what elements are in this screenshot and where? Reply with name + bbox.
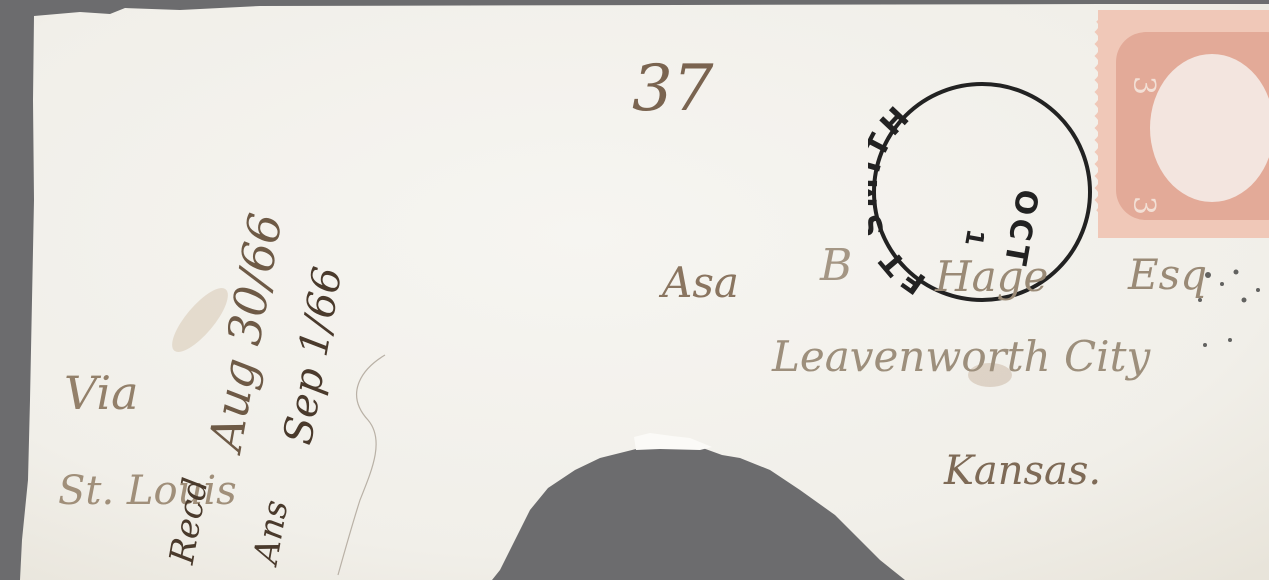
address-title: Esq: [1128, 250, 1207, 299]
postmark-day: 1: [958, 227, 989, 252]
docket-number: 37: [632, 52, 713, 126]
address-name-last: Hage: [935, 252, 1048, 301]
stamp-denomination-bottom: 3: [1126, 196, 1161, 215]
address-name-initial: B: [820, 240, 852, 291]
postmark-town: FT SMITH: [868, 98, 932, 301]
stamp-denomination-top: 3: [1126, 76, 1161, 95]
postage-stamp: 3 3: [1094, 6, 1269, 242]
via-label: Via: [64, 366, 139, 420]
address-city: Leavenworth City: [772, 332, 1150, 381]
address-state: Kansas.: [944, 448, 1101, 494]
address-name-first: Asa: [662, 258, 739, 307]
envelope: 37 FT SMITH OCT 1 3 3: [0, 0, 1269, 580]
